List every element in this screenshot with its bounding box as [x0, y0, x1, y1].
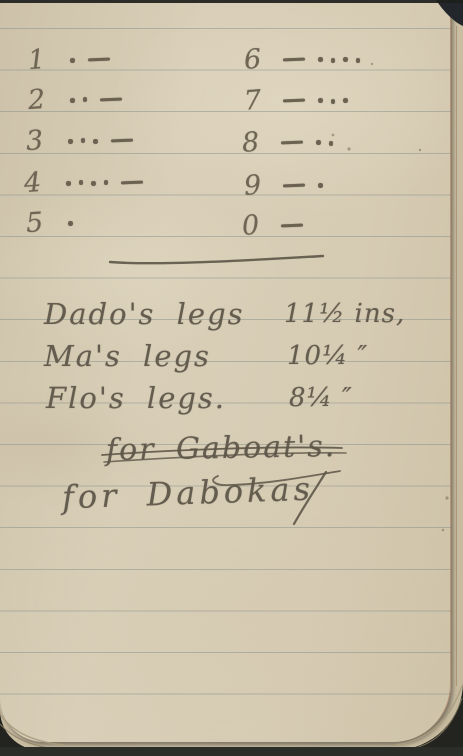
- morse-dot: [79, 180, 84, 185]
- morse-code: [70, 97, 127, 102]
- digit-label: 2: [27, 83, 63, 116]
- morse-row: 0: [242, 210, 308, 241]
- morse-dot: [68, 221, 73, 226]
- morse-dot: [318, 183, 323, 188]
- measurement-name: Flo's legs.: [46, 381, 226, 415]
- morse-dot: [318, 98, 323, 103]
- morse-dash: [281, 141, 303, 145]
- morse-dot: [329, 141, 334, 146]
- morse-dash: [283, 184, 305, 188]
- morse-row: 9: [244, 170, 323, 201]
- morse-dot: [331, 99, 336, 104]
- digit-label: 9: [243, 169, 271, 202]
- morse-dot: [318, 57, 323, 62]
- morse-code: [276, 224, 308, 227]
- morse-dot: [81, 138, 86, 143]
- morse-dot: [104, 180, 109, 185]
- measurement-name: Dado's legs: [44, 297, 245, 331]
- morse-dot: [316, 140, 321, 145]
- morse-code: [68, 220, 73, 225]
- morse-dash: [283, 99, 305, 103]
- morse-dot: [70, 98, 75, 103]
- morse-dot: [70, 58, 75, 63]
- morse-code: [278, 183, 323, 188]
- digit-label: 3: [25, 124, 61, 157]
- morse-row: 3: [26, 125, 138, 156]
- morse-dash: [281, 224, 303, 228]
- page-edge: [456, 26, 457, 686]
- measurement-name: Ma's legs: [44, 339, 211, 373]
- crossed-out-note: for Gaboat's.: [106, 429, 337, 468]
- morse-dash: [110, 139, 132, 143]
- morse-dot: [93, 139, 98, 144]
- morse-dot: [343, 98, 348, 103]
- morse-dot: [331, 58, 336, 63]
- morse-row: 7: [244, 85, 348, 116]
- measurement-value: 10¼ ″: [287, 341, 368, 371]
- morse-code: [278, 98, 348, 103]
- morse-row: 1: [28, 44, 115, 75]
- morse-code: [66, 180, 148, 185]
- morse-dash: [283, 58, 305, 62]
- morse-row: 6: [244, 44, 360, 75]
- morse-row: 5: [26, 207, 73, 238]
- notebook-cover-top: [0, 0, 463, 3]
- measurement-value: 8¼ ″: [289, 383, 353, 413]
- morse-dot: [91, 181, 96, 186]
- digit-label: 8: [241, 126, 269, 159]
- morse-row: 4: [24, 167, 148, 198]
- morse-code: [70, 57, 115, 62]
- morse-row: 2: [28, 84, 127, 115]
- morse-code: [278, 57, 360, 62]
- morse-dash: [100, 98, 122, 102]
- scanned-notebook-page: 1 2 3 4 5 6 7 8 9 0 Dado's legs 11½ ins,…: [0, 0, 463, 756]
- morse-dot: [343, 57, 348, 62]
- morse-dash: [87, 58, 109, 62]
- measurement-value: 11½ ins,: [284, 299, 405, 329]
- morse-dot: [68, 139, 73, 144]
- digit-label: 7: [243, 84, 271, 117]
- digit-label: 6: [243, 43, 271, 76]
- notebook-cover: [0, 747, 463, 756]
- morse-dot: [356, 58, 361, 63]
- morse-dot: [66, 181, 71, 186]
- morse-dash: [121, 181, 143, 185]
- digit-label: 0: [241, 209, 269, 242]
- digit-label: 1: [27, 43, 63, 76]
- digit-label: 4: [23, 166, 59, 199]
- morse-code: [68, 138, 138, 143]
- digit-label: 5: [25, 206, 61, 239]
- morse-code: [276, 140, 333, 145]
- morse-row: 8: [242, 127, 333, 158]
- morse-dot: [83, 97, 88, 102]
